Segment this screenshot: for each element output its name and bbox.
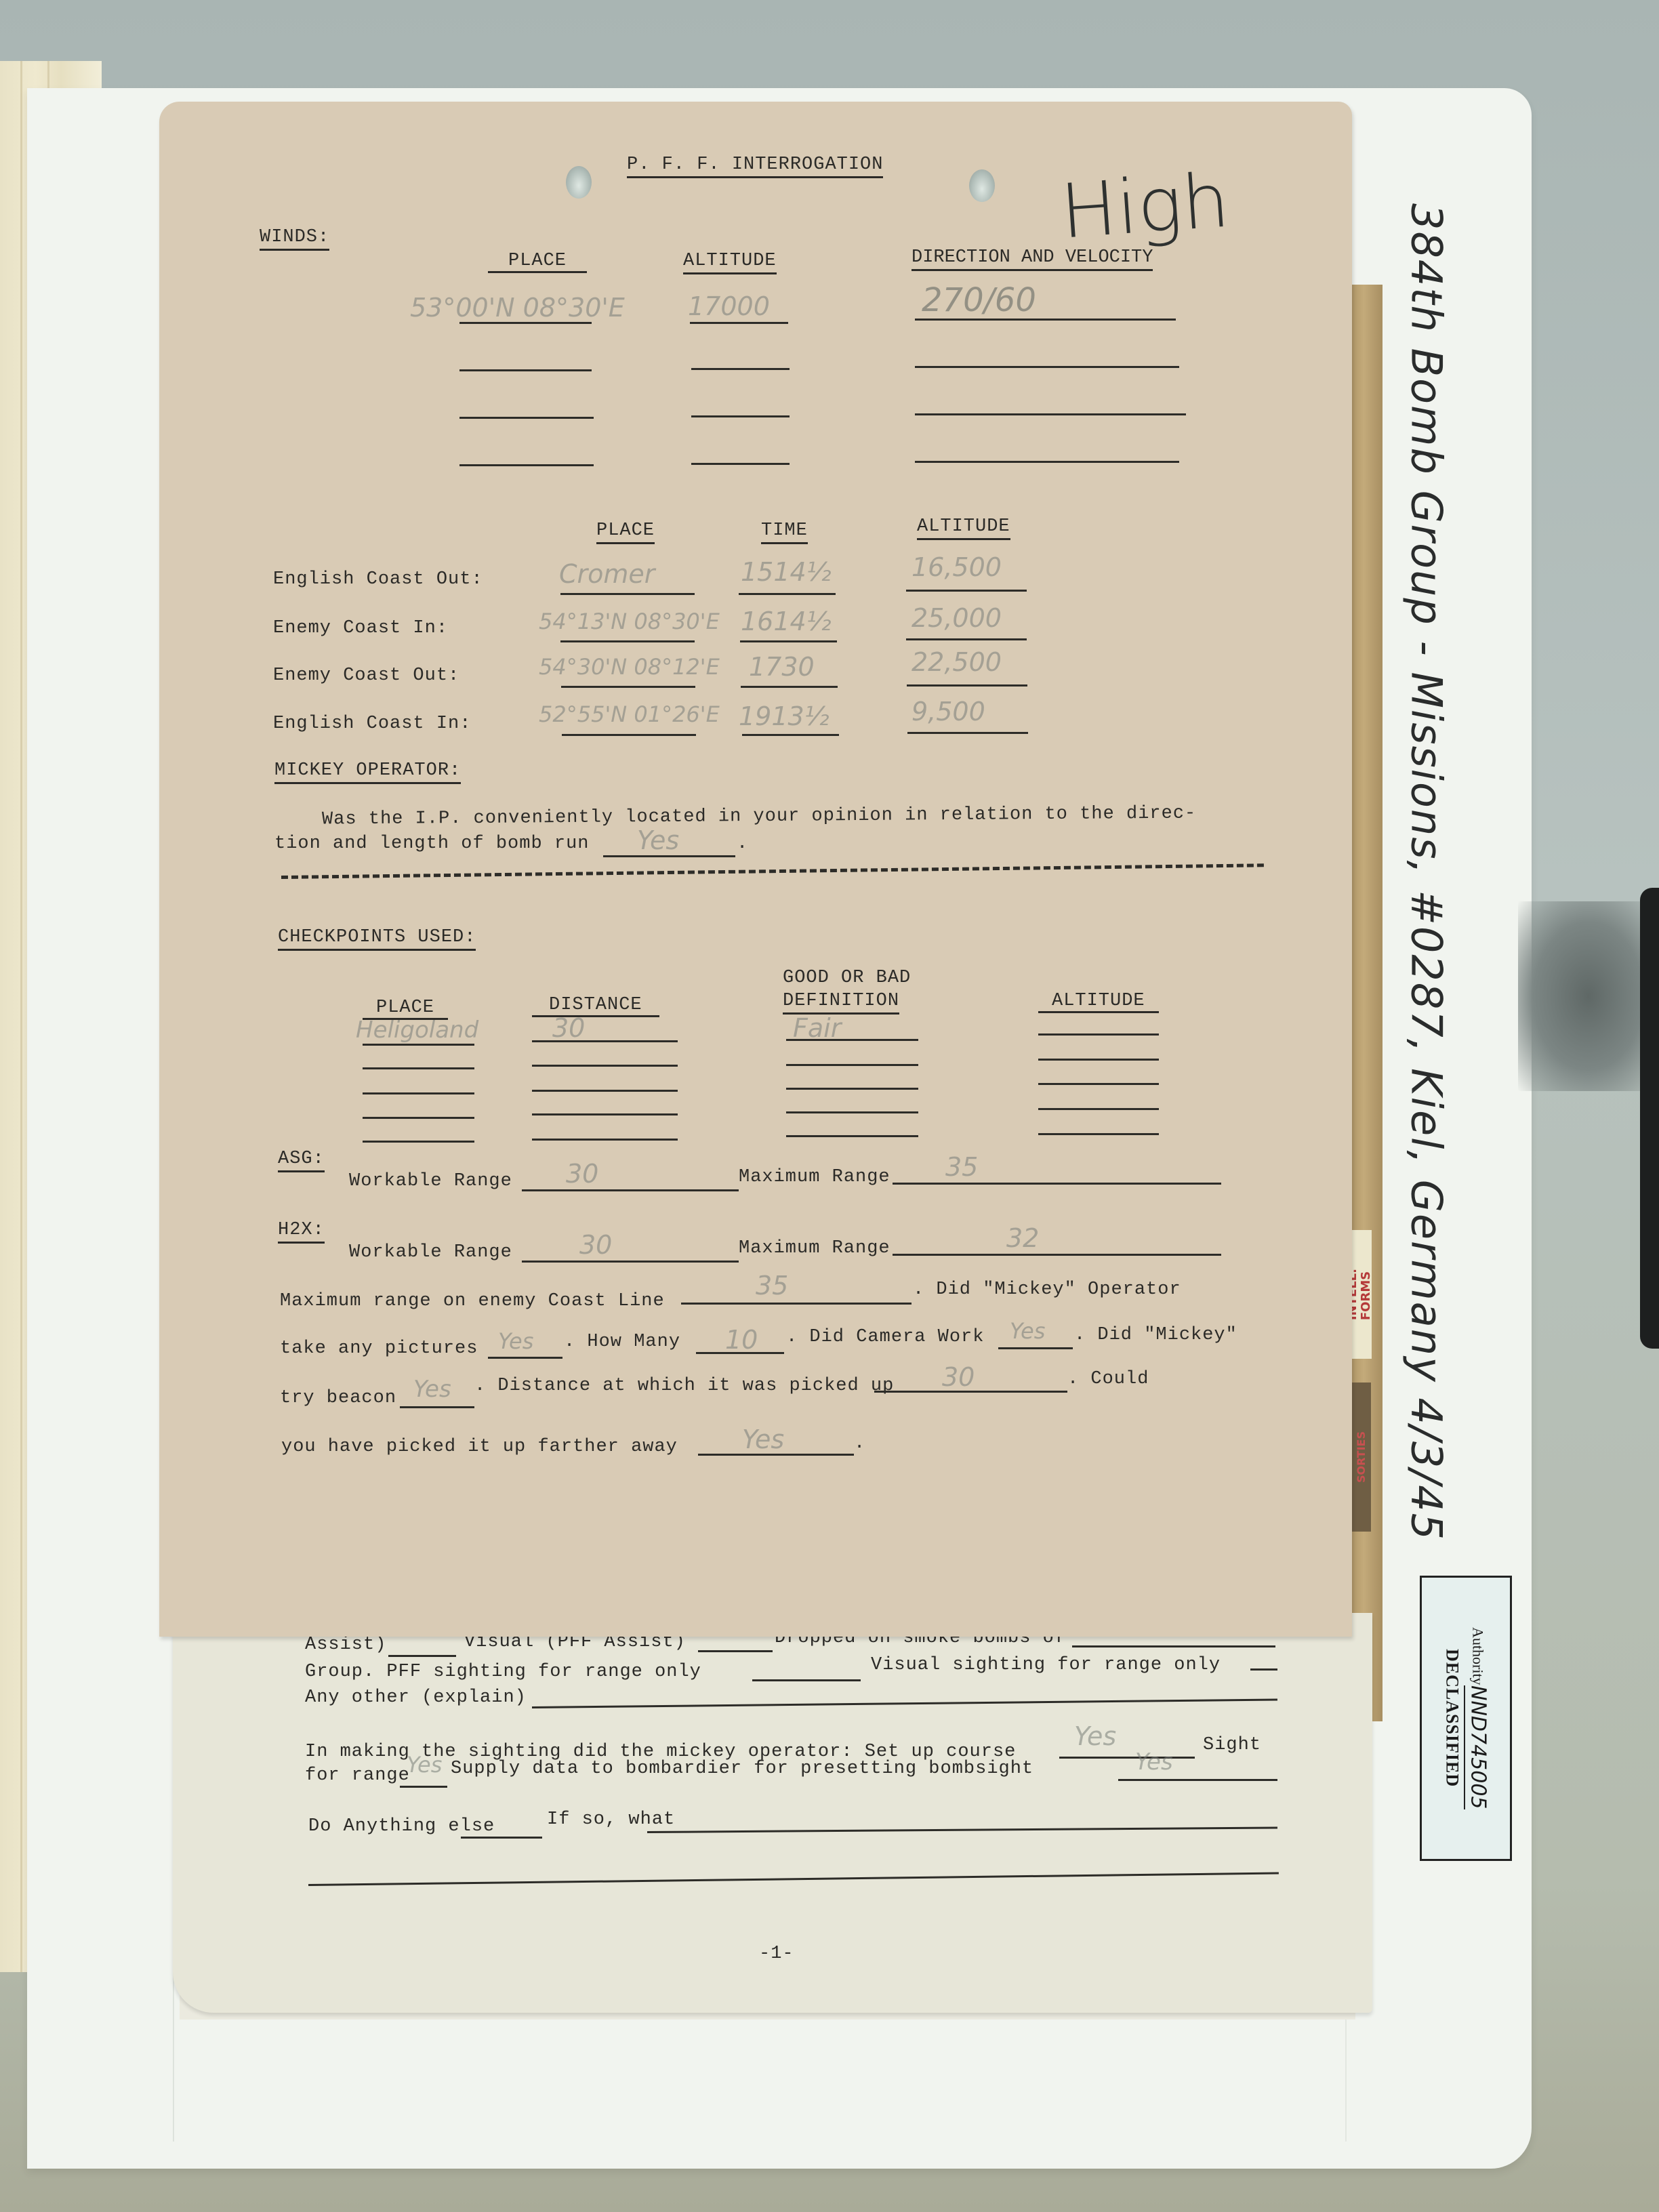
for-range-label: for range [305,1765,410,1786]
winds-altitude-line[interactable] [691,368,790,370]
checkpoint-definition-line[interactable] [786,1039,918,1041]
checkpoint-row1-distance: 30 [552,1013,585,1043]
did-mickey-operator-label: . Did "Mickey" Operator [913,1279,1181,1300]
coast-altitude-line[interactable] [906,638,1027,640]
for-range-value: Yes [407,1752,442,1778]
coast-row1-place: Cromer [559,559,655,589]
camera-work-line[interactable] [998,1347,1073,1349]
anything-else-line[interactable] [461,1837,542,1839]
coast-header-place: PLACE [596,520,655,544]
winds-direction-line[interactable] [915,413,1186,415]
checkpoint-altitude-line[interactable] [1038,1108,1159,1110]
background-shadow [1518,901,1659,1091]
max-range-coast-value: 35 [756,1271,788,1300]
coast-row3-altitude: 22,500 [912,647,1002,677]
anything-else-label: Do Anything else [308,1816,495,1837]
coast-row-label: Enemy Coast Out: [273,665,459,686]
h2x-maximum-value: 32 [1006,1223,1039,1253]
checkpoint-definition-line[interactable] [786,1088,918,1090]
coast-time-line[interactable] [741,686,838,688]
asg-workable-value: 30 [566,1159,598,1189]
declassified-stamp: DECLASSIFIED AuthorityNND745005 [1420,1576,1512,1861]
winds-altitude-line[interactable] [690,322,788,324]
coast-row-label: Enemy Coast In: [273,618,448,638]
checkpoint-place-line[interactable] [363,1141,474,1143]
blank-line[interactable] [698,1650,773,1652]
winds-place-line[interactable] [459,322,592,324]
coast-row3-time: 1730 [749,652,815,682]
take-pictures-label: take any pictures [280,1338,478,1359]
coast-row-label: English Coast In: [273,714,471,734]
winds-direction-line[interactable] [915,461,1179,463]
ip-question-line1: Was the I.P. conveniently located in you… [322,803,1196,829]
coast-row2-place: 54°13'N 08°30'E [539,609,720,634]
blank-line[interactable] [1072,1645,1275,1647]
handwritten-high: High [1058,157,1232,255]
winds-place-line[interactable] [459,417,594,419]
checkpoint-place-line[interactable] [363,1092,474,1094]
checkpoint-distance-line[interactable] [532,1113,678,1115]
asg-maximum-line[interactable] [893,1183,1221,1185]
checkpoint-altitude-line[interactable] [1038,1083,1159,1085]
pff-sighting-range-label: Group. PFF sighting for range only [305,1662,701,1682]
form-title: P. F. F. INTERROGATION [627,155,883,178]
h2x-workable-value: 30 [579,1230,612,1260]
farther-away-label: you have picked it up farther away [281,1437,678,1457]
checkpoint-distance-line[interactable] [532,1139,678,1141]
winds-header-direction: DIRECTION AND VELOCITY [912,247,1153,271]
h2x-maximum-label: Maximum Range [739,1238,890,1258]
checkpoints-header-distance: DISTANCE [532,995,659,1017]
if-so-what-line[interactable] [647,1827,1277,1833]
checkpoint-altitude-line[interactable] [1038,1133,1159,1135]
max-range-coast-line[interactable] [681,1303,912,1305]
try-beacon-label: try beacon [280,1388,396,1408]
how-many-label: . How Many [564,1332,680,1352]
asg-workable-label: Workable Range [349,1171,512,1191]
coast-row3-place: 54°30'N 08°12'E [539,654,720,680]
set-up-course-value: Yes [1074,1721,1116,1751]
any-other-line[interactable] [532,1698,1277,1708]
page-number: -1- [759,1944,794,1964]
visual-sighting-range-label: Visual sighting for range only [871,1655,1221,1675]
phone-edge [1640,888,1659,1349]
coast-row-label: English Coast Out: [273,569,483,590]
checkpoint-place-line[interactable] [363,1117,474,1119]
checkpoints-header-definition-2: DEFINITION [783,991,899,1015]
coast-header-time: TIME [761,520,808,544]
supply-data-label: Supply data to bombardier for presetting… [451,1759,1033,1779]
coast-place-line[interactable] [562,734,696,736]
h2x-label: H2X: [278,1220,325,1244]
sorties-tab: SORTIES [1351,1382,1371,1532]
any-other-label: Any other (explain) [305,1687,527,1708]
punch-hole [566,166,592,199]
coast-row2-time: 1614½ [741,607,832,636]
supply-data-value: Yes [1135,1748,1173,1776]
coast-altitude-line[interactable] [906,590,1027,592]
folder-handwritten-label: 384th Bomb Group - Missions, #0287, Kiel… [1379,203,1474,1457]
coast-row2-altitude: 25,000 [912,603,1002,633]
blank-line[interactable] [388,1655,456,1657]
stamp-authority-label: Authority [1470,1627,1487,1685]
checkpoint-distance-line[interactable] [532,1065,678,1067]
camera-work-value: Yes [1010,1318,1045,1344]
winds-direction-line[interactable] [915,366,1179,368]
h2x-workable-label: Workable Range [349,1242,512,1263]
coast-place-line[interactable] [561,686,695,688]
checkpoint-altitude-line[interactable] [1038,1059,1159,1061]
lower-form-sheet: Assist) Visual (PFF Assist) Dropped on s… [173,1613,1372,2013]
set-up-course-line[interactable] [1059,1757,1195,1759]
max-range-coast-label: Maximum range on enemy Coast Line [280,1291,665,1311]
blank-line[interactable] [1250,1668,1277,1671]
winds-place-line[interactable] [459,464,594,466]
checkpoint-definition-line[interactable] [786,1064,918,1066]
coast-row1-altitude: 16,500 [912,552,1002,582]
winds-direction-line[interactable] [915,319,1176,321]
asg-label: ASG: [278,1149,325,1172]
coast-time-line[interactable] [739,593,836,595]
winds-header-place: PLACE [488,251,587,273]
winds-altitude-line[interactable] [691,415,790,417]
did-mickey-label-2: . Did "Mickey" [1074,1325,1237,1345]
asg-maximum-label: Maximum Range [739,1167,890,1187]
stamp-authority-value: NND745005 [1464,1685,1490,1809]
checkpoints-header-definition-1: GOOD OR BAD [783,968,911,988]
stamp-authority: AuthorityNND745005 [1467,1627,1490,1809]
coast-place-line[interactable] [560,640,695,642]
try-beacon-line[interactable] [400,1406,474,1408]
could-label: . Could [1067,1369,1149,1389]
coast-place-line[interactable] [560,593,695,595]
checkpoint-place-line[interactable] [363,1067,474,1069]
coast-row1-time: 1514½ [741,557,832,587]
ip-question-line2: tion and length of bomb run [274,834,589,854]
coast-row4-place: 52°55'N 01°26'E [539,701,720,727]
coast-time-line[interactable] [740,640,837,642]
camera-work-label: . Did Camera Work [786,1327,984,1347]
period: . [854,1433,865,1454]
mickey-operator-label: MICKEY OPERATOR: [274,760,461,784]
checkpoint-distance-line[interactable] [532,1040,678,1042]
winds-altitude-line[interactable] [691,463,790,465]
for-range-line[interactable] [400,1786,447,1788]
try-beacon-value: Yes [413,1376,451,1403]
period: . [737,834,748,854]
h2x-maximum-line[interactable] [893,1254,1221,1256]
checkpoint-place-line[interactable] [363,1044,474,1046]
take-pictures-value: Yes [498,1328,533,1354]
take-pictures-line[interactable] [488,1357,562,1359]
coast-altitude-line[interactable] [907,732,1028,734]
extra-answer-line[interactable] [308,1872,1279,1886]
coast-row4-altitude: 9,500 [912,697,985,726]
coast-row4-time: 1913½ [739,701,829,731]
folder-label-text: 384th Bomb Group - Missions, #0287, Kiel… [1402,203,1452,1541]
checkpoints-header-altitude: ALTITUDE [1038,991,1159,1013]
checkpoint-row1-place: Heligoland [356,1017,478,1044]
ip-answer-line[interactable] [603,855,735,857]
checkpoint-distance-line[interactable] [532,1090,678,1092]
if-so-what-label: If so, what [547,1809,675,1830]
distance-picked-up-label: . Distance at which it was picked up [474,1376,894,1396]
coast-time-line[interactable] [742,734,839,736]
sorties-tab-text: SORTIES [1355,1431,1368,1483]
checkpoints-label: CHECKPOINTS USED: [278,927,476,951]
punch-hole [969,169,995,202]
winds-header-altitude: ALTITUDE [683,251,777,274]
winds-row1-direction: 270/60 [922,281,1036,319]
ip-answer-value: Yes [637,825,679,855]
winds-label: WINDS: [260,227,329,251]
assist-label: Assist) [305,1635,386,1655]
sight-label: Sight [1203,1735,1261,1755]
winds-place-line[interactable] [459,369,592,371]
coast-altitude-line[interactable] [907,684,1027,687]
asg-workable-line[interactable] [522,1189,739,1191]
winds-row1-altitude: 17000 [688,291,770,321]
checkpoint-altitude-line[interactable] [1038,1033,1159,1036]
checkpoint-definition-line[interactable] [786,1111,918,1113]
winds-row1-place: 53°00'N 08°30'E [410,293,625,323]
stamp-title: DECLASSIFIED [1442,1649,1462,1787]
supply-data-line[interactable] [1118,1779,1277,1781]
coast-header-altitude: ALTITUDE [917,516,1010,540]
how-many-value: 10 [725,1325,758,1355]
asg-maximum-value: 35 [945,1152,978,1182]
distance-picked-up-value: 30 [942,1362,975,1392]
checkpoint-definition-line[interactable] [786,1135,918,1137]
paper-edge [20,61,22,1972]
blank-line[interactable] [752,1679,861,1681]
h2x-workable-line[interactable] [522,1261,739,1263]
farther-away-value: Yes [742,1425,784,1454]
